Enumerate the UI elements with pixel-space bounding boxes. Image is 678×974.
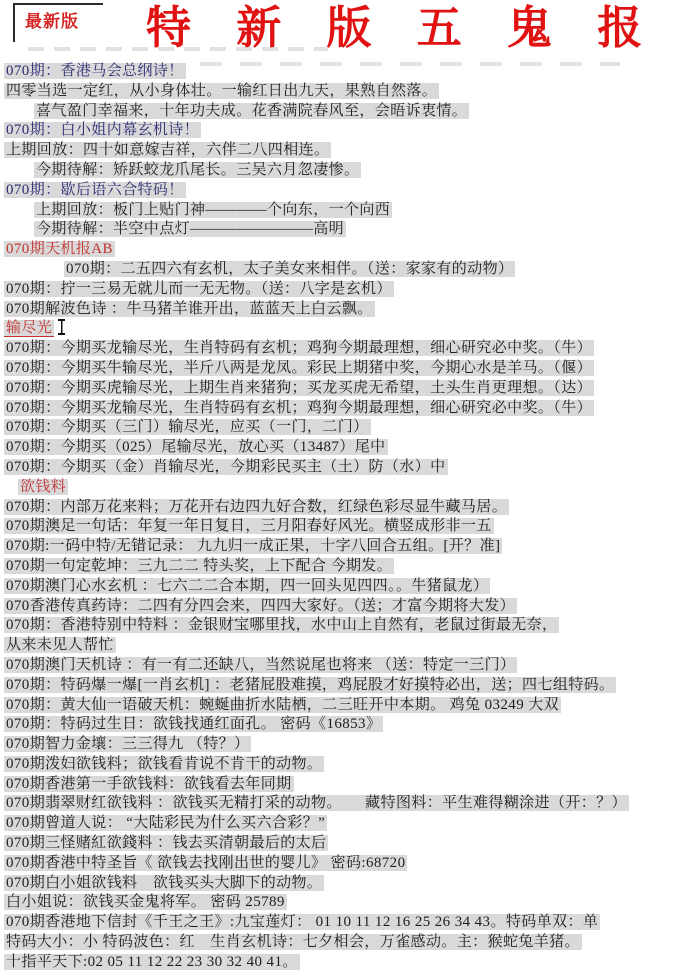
line-text: 070期：拧一三易无就儿而一无无物。（送：八字是玄机） [4, 281, 394, 297]
text-line: 070期：黄大仙一语破天机：蜿蜒曲折水陆栖，二三旺开中本期。 鸡兔 03249 … [0, 696, 678, 716]
faded-text-artifact [200, 62, 620, 66]
line-text: 从来未见人帮忙 [4, 637, 116, 653]
text-line: 070期泼妇欲钱料；欲钱看肯说不肯干的动物。 [0, 755, 678, 775]
line-text: 喜气盈门幸福来，十年功夫成。花香满院春风至，会晤诉衷情。 [34, 103, 469, 119]
text-line: 070期香港地下信封《千王之王》:九宝莲灯： 01 10 11 12 16 25… [0, 913, 678, 933]
line-text: 070期：内部万花来料；万花开右边四九好合数，红绿色彩尽显牛藏马居。 [4, 499, 509, 515]
line-text: 特码大小：小 特码波色：红 生肖玄机诗：七夕相会，万雀感动。主：猴蛇兔羊猪。 [4, 934, 582, 950]
line-text: 070期澳门心水玄机 ：七六二二合本期，四一回头见四四。。牛猪鼠龙） [4, 578, 490, 594]
text-line: 070期：今期买虎输尽光，上期生肖来猪狗；买龙买虎无希望，土头生肖更理想。（达） [0, 379, 678, 399]
line-text: 070期：歇后语六合特码！ [4, 182, 186, 198]
line-text: 070期澳门天机诗 ：有一有二还缺八，当然说尾也将来 （送：特定一三门） [4, 657, 517, 673]
line-text: 070香港传真药诗：二四有分四会来，四四大家好。（送；才富今期将大发） [4, 598, 517, 614]
text-line: 四零当选一定红，从小身体壮。一输红日出九天，果熟自然落。 [0, 82, 678, 102]
line-text: 070期泼妇欲钱料；欲钱看肯说不肯干的动物。 [4, 756, 324, 772]
line-text: 070期智力金壤：三三得九 （特？） [4, 736, 251, 752]
text-line: 070期澳足一句话：年复一年日复日，三月阳春好风光。横竖成形非一五 [0, 517, 678, 537]
text-line: 070期澳门心水玄机 ：七六二二合本期，四一回头见四四。。牛猪鼠龙） [0, 577, 678, 597]
faded-text-artifact [28, 47, 328, 51]
line-text: 070期：今期买牛输尽光，半斤八两是龙凤。彩民上期猪中奖，今期心水是羊马。（偃） [4, 360, 594, 376]
line-text: 070期：香港特别中特料 ：金银财宝哪里找，水中山上自然有，老鼠过街最无奈， [4, 617, 559, 633]
line-text: 070期曾道人说： “大陆彩民为什么买六合彩？” [4, 815, 327, 831]
report-header: 最新版 特 新 版 五 鬼 报 [0, 0, 678, 59]
line-text: 070期：今期买（金）肖输尽光，今期彩民买主（土）防（水）中 [4, 459, 448, 475]
text-line: 070期解波色诗 ：牛马猪羊谁开出，蓝蓝天上白云飘。 [0, 300, 678, 320]
line-text: 070期：特码过生日：欲钱找通红面孔。 密码《16853》 [4, 716, 383, 732]
line-text: 070期：今期买龙输尽光，生肖特码有玄机；鸡狗今期最理想，细心研究必中奖。（牛） [4, 340, 594, 356]
text-line: 070期澳门天机诗 ：有一有二还缺八，当然说尾也将来 （送：特定一三门） [0, 656, 678, 676]
line-text: 070期一句定乾坤：三九二二 特头奖，上下配合 今期发。 [4, 558, 394, 574]
latest-edition-badge: 最新版 [13, 3, 103, 42]
text-line: 从来未见人帮忙 [0, 636, 678, 656]
text-line: 070期三怪赌紅欲錢料 ：钱去买清朝最后的太后 [0, 834, 678, 854]
text-line: 070期：特码爆一爆[一肖玄机] ：老猪屁股难摸，鸡屁股才好摸特必出，送；四七组… [0, 676, 678, 696]
five-ghosts-report-page: { "header": { "badge": "最新版", "title": "… [0, 0, 678, 974]
text-line: 070期智力金壤：三三得九 （特？） [0, 735, 678, 755]
text-line: 070期：今期买（金）肖输尽光，今期彩民买主（土）防（水）中 [0, 458, 678, 478]
report-body: 070期：香港马会总纲诗！四零当选一定红，从小身体壮。一输红日出九天，果熟自然落… [0, 59, 678, 973]
text-line: 今期待解：矫跃蛟龙爪尾长。三吴六月忽凄惨。 [0, 161, 678, 181]
text-line: 070期香港第一手欲钱料：欲钱看去年同期 [0, 775, 678, 795]
text-line: 070期：今期买（三门）输尽光，应买（一门，二门） [0, 418, 678, 438]
latest-edition-label: 最新版 [15, 5, 103, 32]
line-text: 070期白小姐欲钱料 欲钱买头大脚下的动物。 [4, 875, 324, 891]
text-line: 输尽光 [0, 319, 678, 339]
line-text: 070期解波色诗 ：牛马猪羊谁开出，蓝蓝天上白云飘。 [4, 301, 375, 317]
text-line: 070期：拧一三易无就儿而一无无物。（送：八字是玄机） [0, 280, 678, 300]
line-text: 十指平天下:02 05 11 12 22 23 30 32 40 41。 [4, 954, 300, 970]
text-line: 070期：二五四六有玄机，太子美女来相伴。（送：家家有的动物） [0, 260, 678, 280]
line-text: 070期：黄大仙一语破天机：蜿蜒曲折水陆栖，二三旺开中本期。 鸡兔 03249 … [4, 697, 561, 713]
line-text: 上期回放：板门上贴门神————个向东，一个向西 [34, 202, 392, 218]
text-line: 070期：白小姐内幕玄机诗！ [0, 121, 678, 141]
text-line: 070期：歇后语六合特码！ [0, 181, 678, 201]
text-line: 十指平天下:02 05 11 12 22 23 30 32 40 41。 [0, 953, 678, 973]
line-text: 今期待解：矫跃蛟龙爪尾长。三吴六月忽凄惨。 [34, 162, 361, 178]
text-line: 070期:一码中特/无错记录： 九九归一成正果，十字八回合五组。[开？准] [0, 537, 678, 557]
line-text: 070期:一码中特/无错记录： 九九归一成正果，十字八回合五组。[开？准] [4, 538, 502, 554]
text-line: 070期：特码过生日：欲钱找通红面孔。 密码《16853》 [0, 715, 678, 735]
text-line: 070期一句定乾坤：三九二二 特头奖，上下配合 今期发。 [0, 557, 678, 577]
line-text: 070期三怪赌紅欲錢料 ：钱去买清朝最后的太后 [4, 835, 328, 851]
text-line: 070期曾道人说： “大陆彩民为什么买六合彩？” [0, 814, 678, 834]
text-line: 070期白小姐欲钱料 欲钱买头大脚下的动物。 [0, 874, 678, 894]
text-line: 070期：今期买龙输尽光，生肖特码有玄机；鸡狗今期最理想，细心研究必中奖。（牛） [0, 339, 678, 359]
line-text: 欲钱料 [18, 479, 68, 495]
text-line: 白小姐说：欲钱买金鬼将军。 密码 25789 [0, 893, 678, 913]
line-text: 070期：白小姐内幕玄机诗！ [4, 122, 201, 138]
line-text: 070期：香港马会总纲诗！ [4, 63, 186, 79]
line-text: 070期香港第一手欲钱料：欲钱看去年同期 [4, 776, 294, 792]
line-text: 070期天机报AB [4, 241, 115, 257]
line-text: 上期回放：四十如意嫁吉祥，六伴二八四相连。 [4, 142, 331, 158]
text-line: 070期天机报AB [0, 240, 678, 260]
text-line: 070期：今期买龙输尽光，生肖特码有玄机；鸡狗今期最理想，细心研究必中奖。（牛） [0, 399, 678, 419]
line-text: 070期：今期买虎输尽光，上期生肖来猪狗；买龙买虎无希望，土头生肖更理想。（达） [4, 380, 594, 396]
line-text: 070期翡翠财红欲钱料 ：欲钱买无精打采的动物。 藏特图料：平生难得糊涂进（开：… [4, 795, 629, 811]
text-line: 070香港传真药诗：二四有分四会来，四四大家好。（送；才富今期将大发） [0, 597, 678, 617]
line-text: 070期香港中特圣旨《 欲钱去找刚出世的婴儿》 密码:68720 [4, 855, 407, 871]
text-line: 上期回放：四十如意嫁吉祥，六伴二八四相连。 [0, 141, 678, 161]
line-text: 四零当选一定红，从小身体壮。一输红日出九天，果熟自然落。 [4, 83, 439, 99]
text-line: 喜气盈门幸福来，十年功夫成。花香满院春风至，会晤诉衷情。 [0, 102, 678, 122]
line-text: 070期：二五四六有玄机，太子美女来相伴。（送：家家有的动物） [64, 261, 515, 277]
line-text: 白小姐说：欲钱买金鬼将军。 密码 25789 [4, 894, 287, 910]
text-line: 070期香港中特圣旨《 欲钱去找刚出世的婴儿》 密码:68720 [0, 854, 678, 874]
line-text: 070期澳足一句话：年复一年日复日，三月阳春好风光。横竖成形非一五 [4, 518, 494, 534]
text-line: 上期回放：板门上贴门神————个向东，一个向西 [0, 201, 678, 221]
text-cursor-icon [57, 319, 66, 335]
text-line: 070期：今期买（025）尾输尽光，放心买（13487）尾中 [0, 438, 678, 458]
line-text: 输尽光 [4, 320, 54, 337]
text-line: 070期翡翠财红欲钱料 ：欲钱买无精打采的动物。 藏特图料：平生难得糊涂进（开：… [0, 794, 678, 814]
text-line: 070期：内部万花来料；万花开右边四九好合数，红绿色彩尽显牛藏马居。 [0, 498, 678, 518]
line-text: 070期：今期买（三门）输尽光，应买（一门，二门） [4, 419, 371, 435]
line-text: 070期：特码爆一爆[一肖玄机] ：老猪屁股难摸，鸡屁股才好摸特必出，送；四七组… [4, 677, 616, 693]
line-text: 070期香港地下信封《千王之王》:九宝莲灯： 01 10 11 12 16 25… [4, 914, 600, 930]
text-line: 欲钱料 [0, 478, 678, 498]
text-line: 070期：今期买牛输尽光，半斤八两是龙凤。彩民上期猪中奖，今期心水是羊马。（偃） [0, 359, 678, 379]
line-text: 070期：今期买（025）尾输尽光，放心买（13487）尾中 [4, 439, 388, 455]
line-text: 070期：今期买龙输尽光，生肖特码有玄机；鸡狗今期最理想，细心研究必中奖。（牛） [4, 400, 594, 416]
line-text: 今期待解：半空中点灯————————高明 [34, 221, 346, 237]
text-line: 特码大小：小 特码波色：红 生肖玄机诗：七夕相会，万雀感动。主：猴蛇兔羊猪。 [0, 933, 678, 953]
text-line: 今期待解：半空中点灯————————高明 [0, 220, 678, 240]
text-line: 070期：香港特别中特料 ：金银财宝哪里找，水中山上自然有，老鼠过街最无奈， [0, 616, 678, 636]
